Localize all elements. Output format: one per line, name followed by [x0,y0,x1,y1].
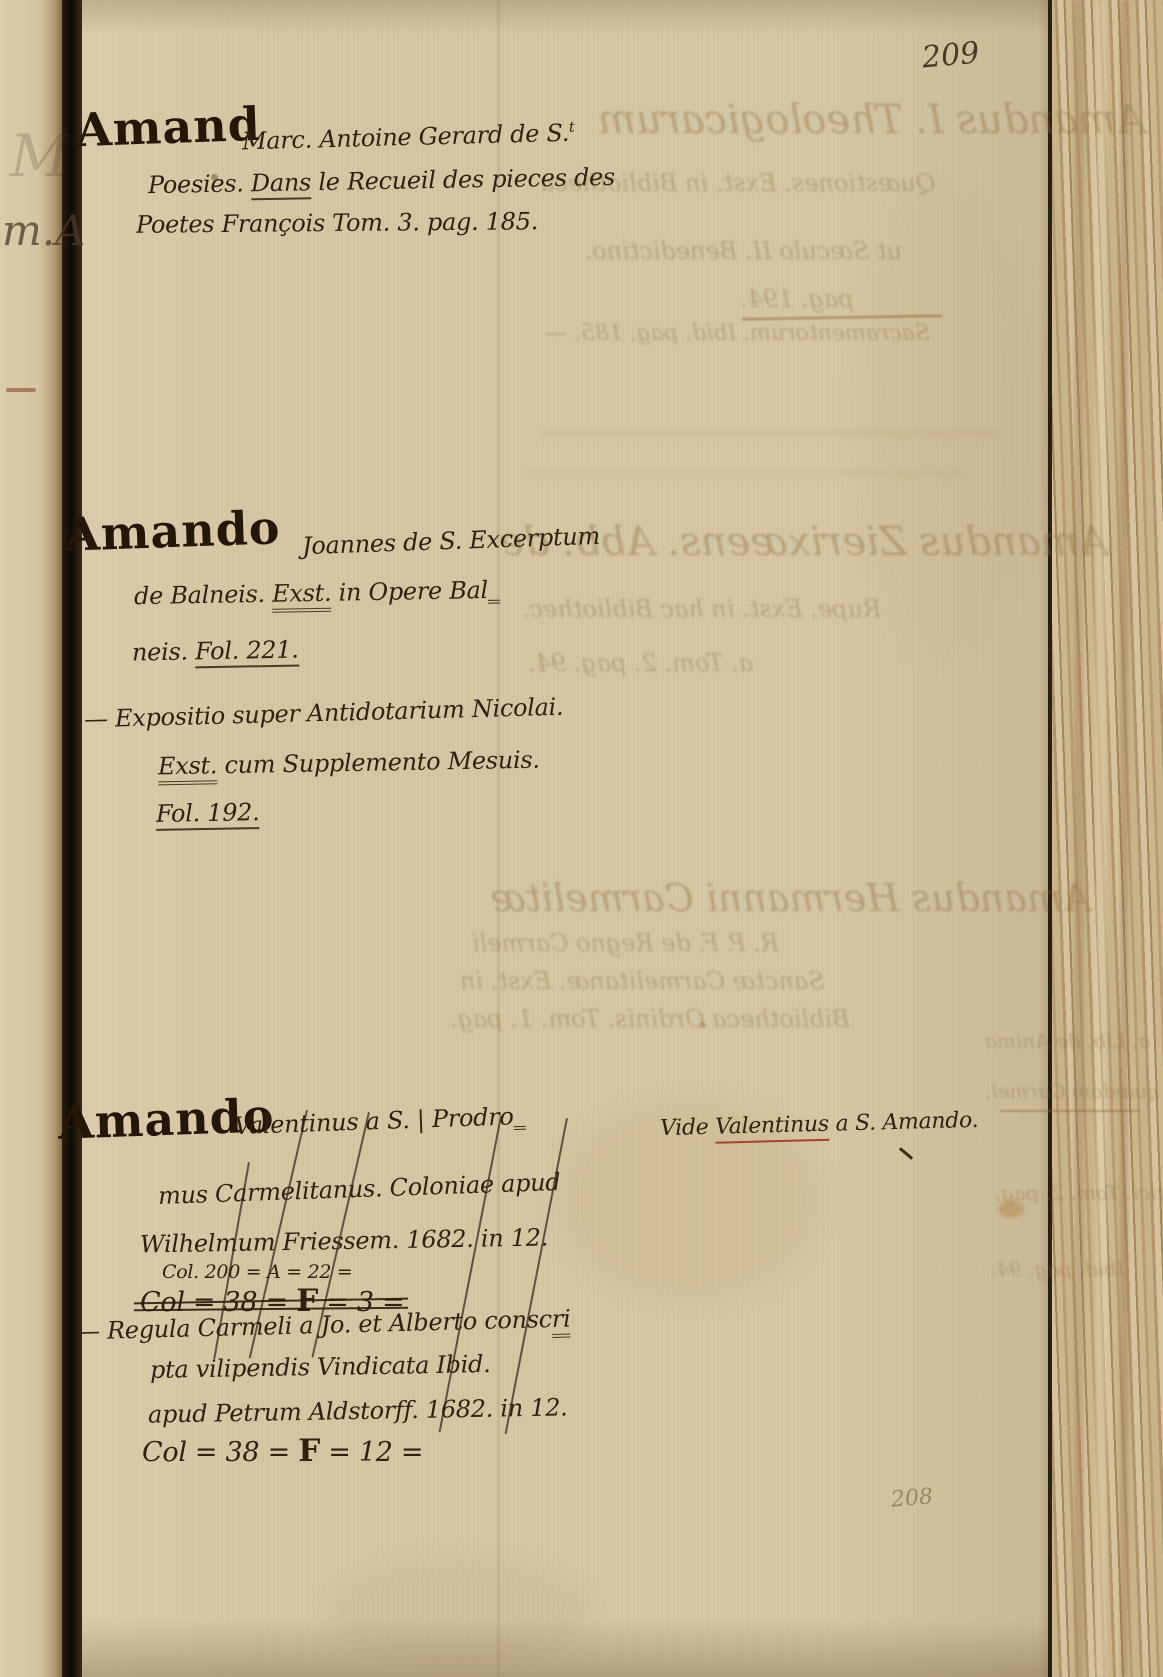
entry3-sub4-F: F [298,1433,320,1469]
entry2-line2-pre: de Balneis. [134,580,273,610]
entry3-sub4: Col = 38 = F = 12 = [142,1434,423,1470]
bleedthrough-line: Amandus I. Theologicarum [598,98,1145,142]
paper-stain [330,1560,590,1670]
prev-page-text-fragment: M [10,122,69,190]
entry2-line2-post: in Opere Bal‗ [331,576,500,607]
bleedthrough-line: a. Tom. 2. pag. 94. [528,650,753,676]
entry3-note-underlined-red: Valentinus [715,1112,829,1144]
superscript: t [569,120,575,136]
pencil-folio-number: 208 [890,1484,934,1513]
deckled-page-edges [1052,0,1163,1677]
bleedthrough-underline [1000,1110,1140,1112]
bleedthrough-line: quædam Carmel. [985,1080,1160,1102]
page-edge-streak [1120,0,1128,1677]
entry1-line2-pre: Poesies. [148,169,251,199]
bleedthrough-line: Amandus Hermanni Carmelitæ [490,878,1090,920]
bleedthrough-line: Ibid. pag. 94. [990,1258,1125,1280]
bleedthrough-line: Rupe. Exst. in hac Bibliothec. [522,596,881,622]
entry2-line3-underlined: Fol. 221. [195,636,299,669]
bleedthrough-line: Sacramentorum. Ibid. pag. 185. — [545,322,930,346]
page-edge-streak [1074,0,1084,1677]
page-edge-streak [1095,0,1107,1677]
manuscript-page-photo: M m.A 209 208 Amandus I. Theologicarum Q… [0,0,1163,1677]
bleedthrough-line: Mystici. Tom. 2. pag. [995,1182,1163,1204]
bleedthrough-line: Sanctæ Carmelitanæ. Exst. in [460,968,825,994]
verso-ruling-shadow [525,470,965,477]
entry2-sub2-post: cum Supplemento Mesuis. [217,746,540,780]
entry2-sub2-underlined: Exst. [158,751,218,785]
entry3-sub1-underlined: ri [551,1305,570,1338]
entry1-headword: Amand [75,101,261,153]
entry2-sub3: Fol. 192. [156,799,260,828]
folio-number: 209 [921,36,981,76]
bleedthrough-line: R. P. F. de Regno Carmeli [472,930,779,956]
entry1-line2-post: le Recueil des pieces des [311,163,615,196]
entry3-line4-inserted: Col. 200 = A = 22 = [162,1262,353,1284]
verso-ruling-shadow [540,430,1000,437]
entry1-line3: Poetes François Tom. 3. pag. 185. [136,208,538,239]
entry3-sub4-post: = 12 = [320,1437,423,1468]
entry3-note-post: a S. Amando. [829,1108,979,1137]
prev-page-red-mark [6,388,36,392]
bleedthrough-line: pag. 194. [740,286,854,312]
bleedthrough-line: ut Sæculo II. Benedictino. [585,238,902,264]
entry2-sub3-underlined: Fol. 192. [156,798,260,831]
bleedthrough-line: Bibliotheca Ordinis. Tom. 1. pag. [450,1006,850,1032]
entry2-line2-underlined: Exst. [272,579,332,613]
bleedthrough-line: a. Lib. de Anima [985,1030,1150,1052]
page-edge-shadow [1038,0,1052,1677]
prev-page-text-fragment: m.A [2,206,86,255]
entry2-line3-pre: neis. [132,637,196,666]
page-crease [496,0,501,1677]
entry3-note-pre: Vide [660,1115,716,1141]
entry2-headword: Amando [63,504,281,558]
entry3-sub4-pre: Col = 38 = [142,1437,298,1468]
entry2-line3: neis. Fol. 221. [132,637,299,667]
entry1-line2-underlined: Dans [251,168,312,200]
